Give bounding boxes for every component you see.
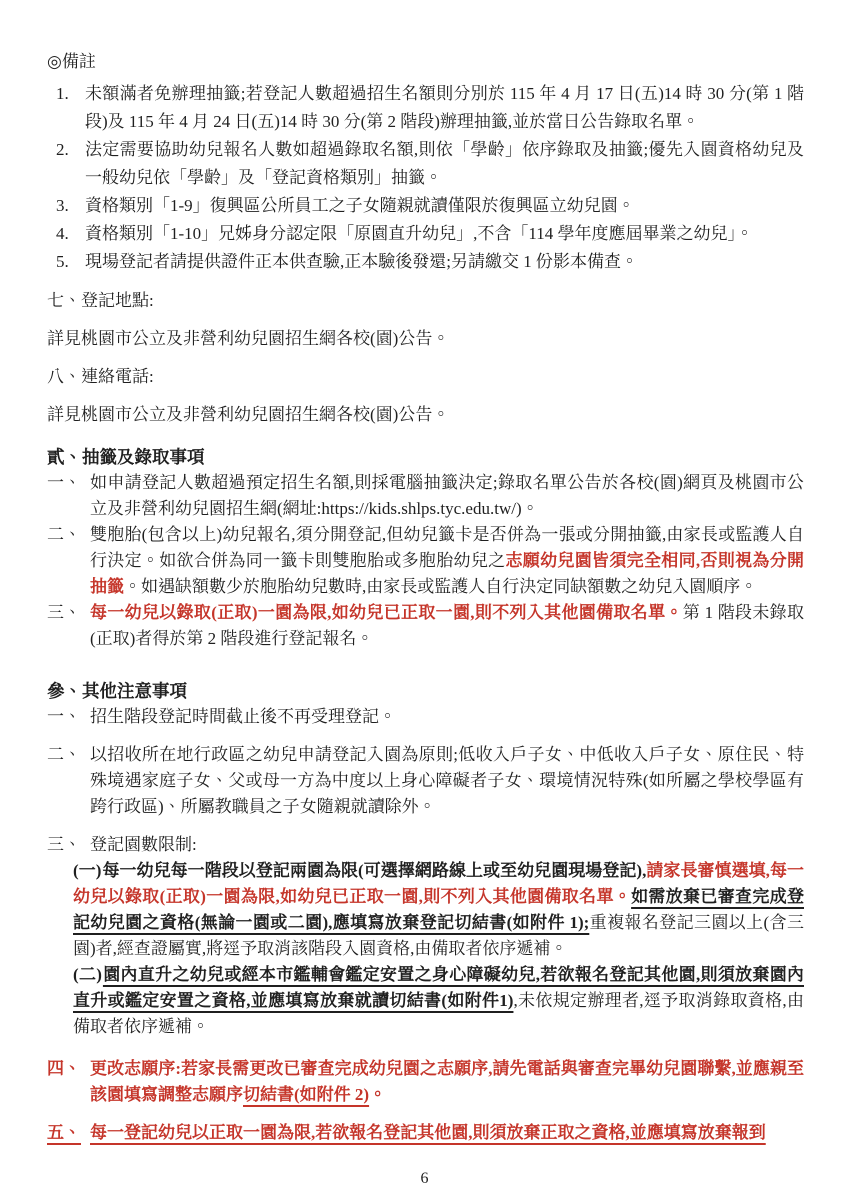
- text-run: 資格類別「1-10」兄姊身分認定限「原園直升幼兒」,不含「114 學年度應屆畢業…: [85, 224, 753, 243]
- list-item: 三、登記園數限制:: [47, 832, 804, 858]
- note-item: 4.資格類別「1-10」兄姊身分認定限「原園直升幼兒」,不含「114 學年度應屆…: [47, 220, 804, 248]
- list-marker: 2.: [56, 136, 69, 164]
- paragraph: 詳見桃園市公立及非營利幼兒園招生網各校(園)公告。: [47, 326, 804, 352]
- sub-list-item: (二)園內直升之幼兒或經本市鑑輔會鑑定安置之身心障礙幼兒,若欲報名登記其他園,則…: [47, 962, 804, 1040]
- list-marker: 四、: [47, 1056, 81, 1082]
- document-page: ◎備註1.未額滿者免辦理抽籤;若登記人數超過招生名額則分別於 115 年 4 月…: [0, 0, 849, 1200]
- note-item: 3.資格類別「1-9」復興區公所員工之子女隨親就讀僅限於復興區立幼兒園。: [47, 192, 804, 220]
- list-marker: 五、: [47, 1120, 81, 1146]
- text-run: 現場登記者請提供證件正本供查驗,正本驗後發還;另請繳交 1 份影本備查。: [85, 252, 638, 271]
- list-item: 二、以招收所在地行政區之幼兒申請登記入園為原則;低收入戶子女、中低收入戶子女、原…: [47, 742, 804, 820]
- list-marker: 二、: [47, 522, 81, 548]
- note-item: 2.法定需要協助幼兒報名人數如超過錄取名額,則依「學齡」依序錄取及抽籤;優先入園…: [47, 136, 804, 192]
- text-run: 。如遇缺額數少於胞胎幼兒數時,由家長或監護人自行決定同缺額數之幼兒入園順序。: [124, 577, 757, 596]
- list-item: 三、每一幼兒以錄取(正取)一園為限,如幼兒已正取一園,則不列入其他園備取名單。第…: [47, 600, 804, 652]
- list-item: 四、更改志願序:若家長需更改已審查完成幼兒園之志願序,請先電話與審查完畢幼兒園聯…: [47, 1056, 804, 1108]
- list-marker: 5.: [56, 248, 69, 276]
- text-run: 每一登記幼兒以正取一園為限,若欲報名登記其他園,則須放棄正取之資格,並應填寫放棄…: [90, 1123, 766, 1142]
- text-run: 法定需要協助幼兒報名人數如超過錄取名額,則依「學齡」依序錄取及抽籤;優先入園資格…: [85, 140, 804, 187]
- text-run: 如申請登記人數超過預定招生名額,則採電腦抽籤決定;錄取名單公告於各校(園)網頁及…: [90, 473, 804, 518]
- text-run: ◎備註: [47, 52, 96, 71]
- list-marker: 3.: [56, 192, 69, 220]
- text-run: 未額滿者免辦理抽籤;若登記人數超過招生名額則分別於 115 年 4 月 17 日…: [85, 84, 804, 131]
- text-run: 八、連絡電話:: [47, 367, 154, 386]
- text-run: 七、登記地點:: [47, 291, 154, 310]
- text-run: 貳、抽籤及錄取事項: [47, 447, 205, 467]
- text-run: 詳見桃園市公立及非營利幼兒園招生網各校(園)公告。: [47, 329, 449, 348]
- list-item: 五、每一登記幼兒以正取一園為限,若欲報名登記其他園,則須放棄正取之資格,並應填寫…: [47, 1120, 804, 1146]
- list-marker: 4.: [56, 220, 69, 248]
- sub-list-item: (一)每一幼兒每一階段以登記兩園為限(可選擇網路線上或至幼兒園現場登記),請家長…: [47, 858, 804, 962]
- list-marker: 三、: [47, 832, 81, 858]
- list-marker: (二): [73, 965, 103, 984]
- note-item: 5.現場登記者請提供證件正本供查驗,正本驗後發還;另請繳交 1 份影本備查。: [47, 248, 804, 276]
- paragraph: 八、連絡電話:: [47, 364, 804, 390]
- notes-heading: ◎備註: [47, 48, 804, 76]
- text-run: 更改志願序:若家長需更改已審查完成幼兒園之志願序,請先電話與審查完畢幼兒園聯繫,…: [90, 1059, 804, 1104]
- list-item: 二、雙胞胎(包含以上)幼兒報名,須分開登記,但幼兒籤卡是否併為一張或分開抽籤,由…: [47, 522, 804, 600]
- list-item: 一、招生階段登記時間截止後不再受理登記。: [47, 704, 804, 730]
- text-run: 以招收所在地行政區之幼兒申請登記入園為原則;低收入戶子女、中低收入戶子女、原住民…: [90, 745, 804, 816]
- section-heading: 貳、抽籤及錄取事項: [47, 444, 804, 470]
- page-number: 6: [0, 1170, 849, 1188]
- text-run: 詳見桃園市公立及非營利幼兒園招生網各校(園)公告。: [47, 405, 449, 424]
- list-marker: 一、: [47, 470, 81, 496]
- list-marker: 一、: [47, 704, 81, 730]
- list-marker: 二、: [47, 742, 81, 768]
- document-body: ◎備註1.未額滿者免辦理抽籤;若登記人數超過招生名額則分別於 115 年 4 月…: [47, 48, 804, 1146]
- text-run: 登記園數限制:: [90, 835, 197, 854]
- text-run: 資格類別「1-9」復興區公所員工之子女隨親就讀僅限於復興區立幼兒園。: [85, 196, 635, 215]
- text-run: 切結書(如附件 2): [243, 1085, 369, 1104]
- text-run: 。: [369, 1085, 386, 1104]
- list-marker: 1.: [56, 80, 69, 108]
- section-heading: 參、其他注意事項: [47, 678, 804, 704]
- paragraph: 詳見桃園市公立及非營利幼兒園招生網各校(園)公告。: [47, 402, 804, 428]
- text-run: 參、其他注意事項: [47, 681, 187, 701]
- text-run: 招生階段登記時間截止後不再受理登記。: [90, 707, 396, 726]
- paragraph: 七、登記地點:: [47, 288, 804, 314]
- text-run: 每一幼兒每一階段以登記兩園為限(可選擇網路線上或至幼兒園現場登記),: [102, 861, 646, 880]
- list-item: 一、如申請登記人數超過預定招生名額,則採電腦抽籤決定;錄取名單公告於各校(園)網…: [47, 470, 804, 522]
- text-run: 每一幼兒以錄取(正取)一園為限,如幼兒已正取一園,則不列入其他園備取名單。: [90, 603, 683, 622]
- note-item: 1.未額滿者免辦理抽籤;若登記人數超過招生名額則分別於 115 年 4 月 17…: [47, 80, 804, 136]
- list-marker: 三、: [47, 600, 81, 626]
- list-marker: (一): [73, 861, 102, 880]
